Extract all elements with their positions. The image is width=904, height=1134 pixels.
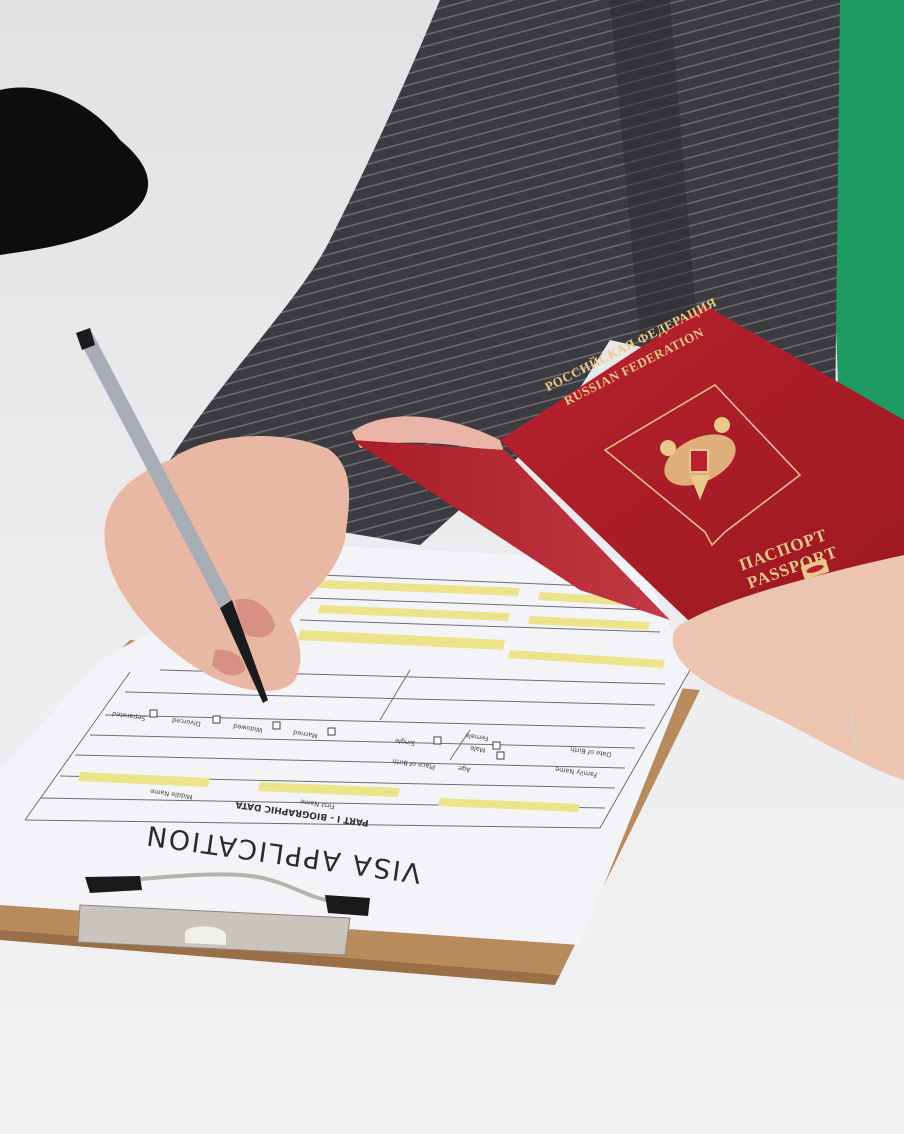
form-label: Age bbox=[458, 764, 472, 774]
photo-scene: РОССИЙСКАЯ ФЕДЕРАЦИЯ RUSSIAN FEDERATION … bbox=[0, 0, 904, 1134]
